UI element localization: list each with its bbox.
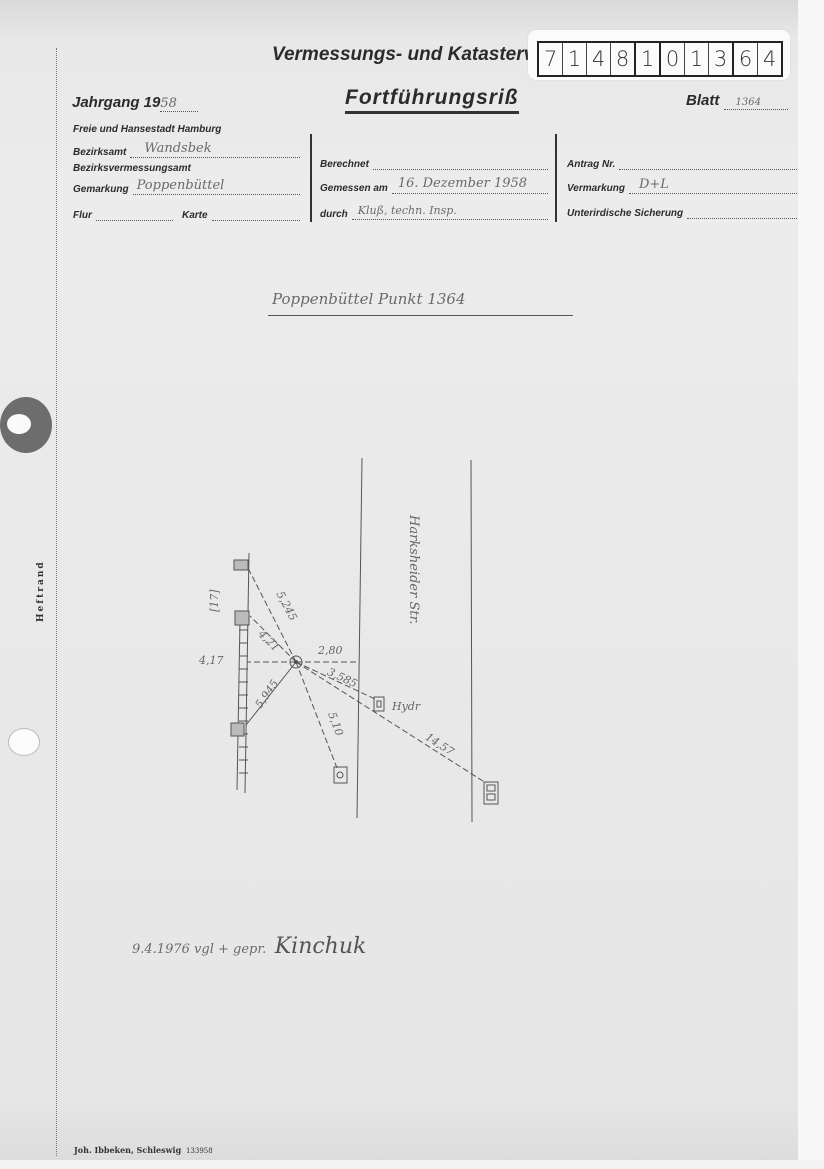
building-corner-icon <box>234 560 248 570</box>
building-corner-icon <box>235 611 249 625</box>
hydrant-label: Hydr <box>391 700 421 713</box>
street-name-label: Harksheider Str. <box>406 514 421 624</box>
building-corner-icon <box>231 723 244 736</box>
measurement-label: 14,57 <box>423 730 456 758</box>
measurement-label: 3,585 <box>325 665 359 690</box>
street-edge-line <box>357 458 362 818</box>
verification-text: 9.4.1976 vgl + gepr. <box>132 942 266 957</box>
street-edge-line <box>471 460 472 822</box>
building-number-label: [17] <box>208 589 221 612</box>
printer-name: Joh. Ibbeken, Schleswig <box>74 1145 181 1155</box>
measurement-label: 2,80 <box>317 644 343 657</box>
survey-sketch: [17] 5,245 4,21 4,17 2,80 3,585 5,945 5,… <box>0 0 824 1169</box>
measurement-label: 4,17 <box>198 654 224 667</box>
signature: Kinchuk <box>275 934 367 959</box>
verification-note: 9.4.1976 vgl + gepr. Kinchuk <box>132 934 366 959</box>
measurement-label: 5,10 <box>325 710 346 737</box>
measurement-label: 5,245 <box>274 589 300 623</box>
measurement-label: 4,21 <box>255 627 282 654</box>
printer-code: 133958 <box>186 1147 213 1155</box>
printer-imprint: Joh. Ibbeken, Schleswig 133958 <box>74 1145 213 1155</box>
measurement-label: 5,945 <box>252 677 281 710</box>
